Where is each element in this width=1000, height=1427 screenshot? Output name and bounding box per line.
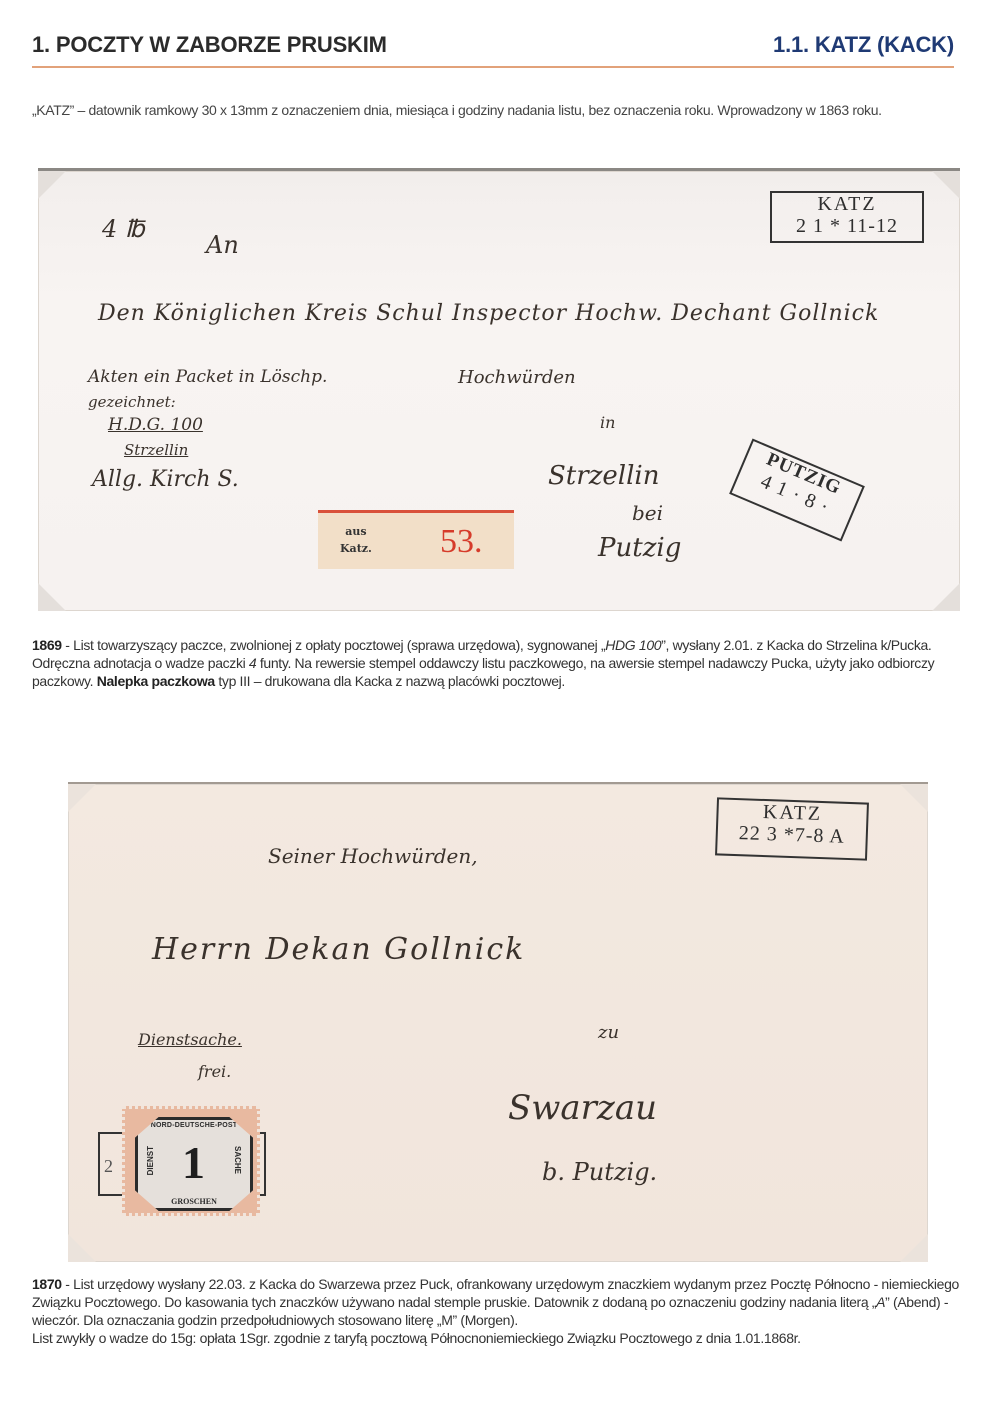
caption-text: List zwykły o wadze do 15g: opłata 1Sgr.… [32,1330,801,1346]
page-header: 1. POCZTY W ZABORZE PRUSKIM 1.1. KATZ (K… [32,30,954,68]
parcel-label-number: 53. [440,523,483,561]
parcel-label-town: Katz. [340,540,372,557]
handwritten-dienstsache: Dienstsache. [138,1030,242,1049]
stamp-left-text: DIENST [146,1146,155,1175]
cancel-fragment: 2 [104,1156,113,1177]
stamp-top-text: NORD-DEUTSCHE-POST [138,1122,250,1129]
handwritten-note-line-2: Akten ein Packet in Löschp. [88,367,327,387]
official-postage-stamp: NORD-DEUTSCHE-POST DIENST 1 SACHE GROSCH… [122,1106,260,1216]
photo-corner [38,583,66,611]
handwritten-note-line-3: gezeichnet: [88,393,176,411]
handwritten-zu: zu [598,1022,619,1043]
caption-year: 1870 [32,1276,62,1292]
postmark-date: 22 3 *7-8 A [717,821,866,848]
stamp-value: 1 [182,1138,205,1188]
handwritten-destination-town: Swarzau [508,1088,657,1128]
caption-1870: 1870 - List urzędowy wysłany 22.03. z Ka… [32,1275,972,1347]
parcel-label-origin: aus Katz. [340,523,372,557]
handwritten-putzig: Putzig [598,533,681,563]
handwritten-weight-note: 4 ℔ [102,215,145,243]
handwritten-note-line-6: Allg. Kirch S. [92,467,239,492]
caption-signature: HDG 100 [605,637,661,653]
caption-bold-label: Nalepka paczkowa [97,673,215,689]
section-title: 1.1. KATZ (KACK) [773,32,954,58]
handwritten-frei: frei. [198,1062,231,1081]
handwritten-via-putzig: b. Putzig. [542,1158,657,1186]
caption-text: typ III – drukowana dla Kacka z nazwą pl… [215,673,565,689]
photo-corner [68,1234,96,1262]
caption-year: 1869 [32,637,62,653]
handwritten-in: in [600,413,615,432]
handwritten-address-line-1: Den Königlichen Kreis Schul Inspector Ho… [98,301,879,326]
handwritten-addressee: Herrn Dekan Gollnick [152,932,525,967]
katz-postmark-1869: KATZ 2 1 * 11-12 [770,191,924,243]
chapter-title: 1. POCZTY W ZABORZE PRUSKIM [32,32,387,58]
postmark-town: KATZ [772,193,922,215]
handwritten-strzellin-note: Strzellin [124,441,188,459]
stamp-octagon-frame: NORD-DEUTSCHE-POST DIENST 1 SACHE GROSCH… [135,1117,253,1211]
photo-corner [932,583,960,611]
handwritten-hdg-100: H.D.G. 100 [108,415,203,435]
intro-text: „KATZ” – datownik ramkowy 30 x 13mm z oz… [32,102,972,118]
handwritten-hochwuerden: Hochwürden [458,367,576,388]
caption-letter-a: A [876,1294,885,1310]
parcel-label: aus Katz. 53. [318,510,514,569]
handwritten-destination-town: Strzellin [548,461,659,491]
photo-corner [68,784,96,812]
katz-postmark-1870: KATZ 22 3 *7-8 A [715,797,869,860]
photo-corner [932,171,960,199]
photo-corner [38,171,66,199]
parcel-label-aus: aus [340,523,372,540]
photo-corner [900,1234,928,1262]
postmark-date: 2 1 * 11-12 [772,215,922,237]
handwritten-salutation: Seiner Hochwürden, [268,844,478,868]
handwritten-bei: bei [632,501,663,525]
caption-text: - List towarzyszący paczce, zwolnionej z… [62,637,606,653]
stamp-bottom-text: GROSCHEN [138,1197,250,1206]
stamp-right-text: SACHE [233,1146,242,1174]
caption-text: - List urzędowy wysłany 22.03. z Kacka d… [32,1276,959,1310]
photo-corner [900,784,928,812]
caption-1869: 1869 - List towarzyszący paczce, zwolnio… [32,636,972,690]
handwritten-an: An [206,231,239,259]
